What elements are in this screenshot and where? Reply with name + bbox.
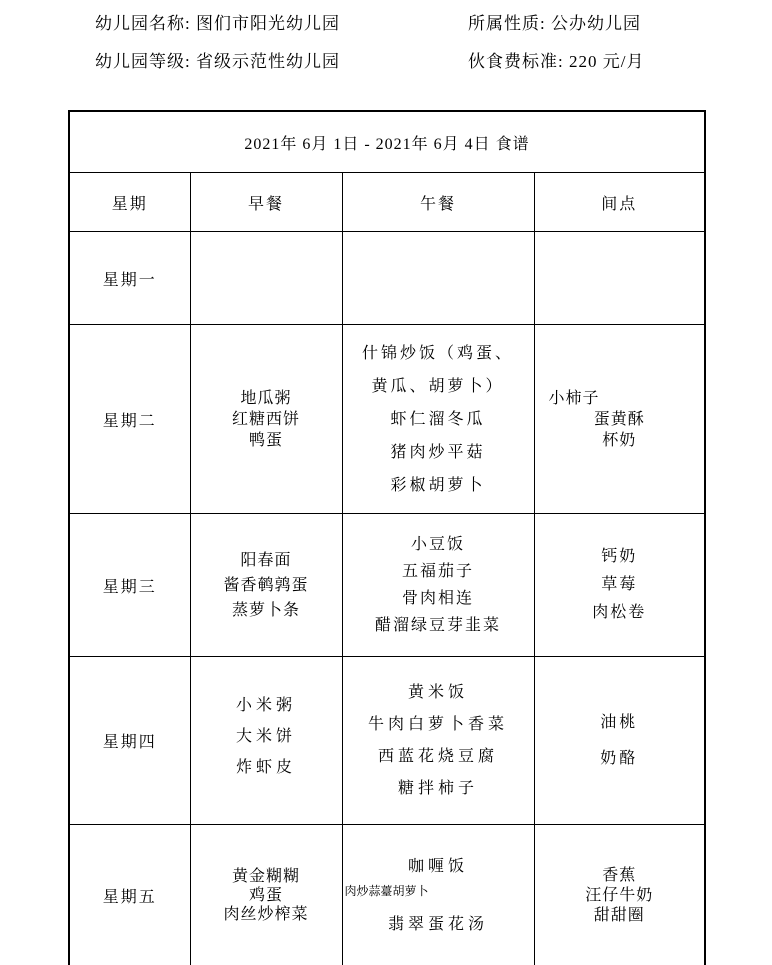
dish-item: 草莓	[535, 571, 705, 599]
dish-item: 彩椒胡萝卜	[343, 469, 534, 502]
col-header-lunch: 午餐	[342, 173, 534, 232]
dish-item: 小柿子	[535, 388, 705, 409]
day-label-thursday: 星期四	[69, 657, 190, 825]
dish-item: 阳春面	[191, 548, 342, 573]
dish-item: 炸虾皮	[191, 752, 342, 783]
dish-item: 蒸萝卜条	[191, 598, 342, 623]
tuesday-lunch-cell: 什锦炒饭（鸡蛋、 黄瓜、胡萝卜） 虾仁溜冬瓜 猪肉炒平菇 彩椒胡萝卜	[342, 325, 534, 514]
dish-item: 骨肉相连	[343, 585, 534, 612]
col-header-breakfast: 早餐	[190, 173, 342, 232]
wednesday-snack-cell: 钙奶 草莓 肉松卷	[534, 514, 705, 657]
dish-item: 鸭蛋	[191, 430, 342, 451]
friday-snack-cell: 香蕉 汪仔牛奶 甜甜圈	[534, 825, 705, 965]
title-row: 2021年 6月 1日 - 2021年 6月 4日 食谱	[69, 111, 705, 173]
day-label-friday: 星期五	[69, 825, 190, 965]
row-wednesday: 星期三 阳春面 酱香鹌鹑蛋 蒸萝卜条 小豆饭 五福茄子 骨肉相连 醋溜绿豆芽韭菜…	[69, 514, 705, 657]
dish-item: 小米粥	[191, 690, 342, 721]
monday-snack-cell	[534, 232, 705, 325]
meal-fee-standard: 伙食费标准: 220 元/月	[468, 47, 644, 72]
dish-item: 黄瓜、胡萝卜）	[343, 370, 534, 403]
dish-item: 甜甜圈	[535, 906, 705, 926]
friday-breakfast-cell: 黄金糊糊 鸡蛋 肉丝炒榨菜	[190, 825, 342, 965]
wednesday-breakfast-cell: 阳春面 酱香鹌鹑蛋 蒸萝卜条	[190, 514, 342, 657]
dish-item: 地瓜粥	[191, 388, 342, 409]
dish-item: 肉松卷	[535, 599, 705, 627]
dish-item: 红糖西饼	[191, 409, 342, 430]
dish-item: 大米饼	[191, 721, 342, 752]
document-page: 幼儿园名称: 图们市阳光幼儿园 所属性质: 公办幼儿园 幼儿园等级: 省级示范性…	[0, 0, 772, 965]
dish-item: 肉丝炒榨菜	[191, 905, 342, 924]
dish-item: 鸡蛋	[191, 886, 342, 905]
wednesday-lunch-cell: 小豆饭 五福茄子 骨肉相连 醋溜绿豆芽韭菜	[342, 514, 534, 657]
col-header-snack: 间点	[534, 173, 705, 232]
dish-item: 翡翠蛋花汤	[343, 911, 534, 939]
row-monday: 星期一	[69, 232, 705, 325]
monday-breakfast-cell	[190, 232, 342, 325]
tuesday-snack-cell: 小柿子 蛋黄酥 杯奶	[534, 325, 705, 514]
thursday-snack-cell: 油桃 奶酪	[534, 657, 705, 825]
dish-item: 什锦炒饭（鸡蛋、	[343, 337, 534, 370]
dish-item: 牛肉白萝卜香菜	[343, 709, 534, 741]
row-friday: 星期五 黄金糊糊 鸡蛋 肉丝炒榨菜 咖喱饭 肉炒蒜薹胡萝卜 翡翠蛋花汤 香蕉 汪…	[69, 825, 705, 965]
dish-item: 汪仔牛奶	[535, 886, 705, 906]
day-label-wednesday: 星期三	[69, 514, 190, 657]
kindergarten-name: 幼儿园名称: 图们市阳光幼儿园	[95, 9, 340, 34]
col-header-week: 星期	[69, 173, 190, 232]
day-label-tuesday: 星期二	[69, 325, 190, 514]
dish-item: 酱香鹌鹑蛋	[191, 573, 342, 598]
dish-item: 黄金糊糊	[191, 867, 342, 886]
dish-item: 虾仁溜冬瓜	[343, 403, 534, 436]
dish-item: 香蕉	[535, 866, 705, 886]
dish-item: 猪肉炒平菇	[343, 436, 534, 469]
column-header-row: 星期 早餐 午餐 间点	[69, 173, 705, 232]
row-thursday: 星期四 小米粥 大米饼 炸虾皮 黄米饭 牛肉白萝卜香菜 西蓝花烧豆腐 糖拌柿子 …	[69, 657, 705, 825]
monday-lunch-cell	[342, 232, 534, 325]
dish-item: 肉炒蒜薹胡萝卜	[343, 881, 534, 901]
dish-item: 油桃	[535, 705, 705, 741]
kindergarten-grade: 幼儿园等级: 省级示范性幼儿园	[95, 47, 340, 72]
row-tuesday: 星期二 地瓜粥 红糖西饼 鸭蛋 什锦炒饭（鸡蛋、 黄瓜、胡萝卜） 虾仁溜冬瓜 猪…	[69, 325, 705, 514]
dish-item: 蛋黄酥	[535, 409, 705, 430]
dish-item: 西蓝花烧豆腐	[343, 741, 534, 773]
tuesday-breakfast-cell: 地瓜粥 红糖西饼 鸭蛋	[190, 325, 342, 514]
dish-item: 咖喱饭	[343, 853, 534, 881]
thursday-lunch-cell: 黄米饭 牛肉白萝卜香菜 西蓝花烧豆腐 糖拌柿子	[342, 657, 534, 825]
table-title: 2021年 6月 1日 - 2021年 6月 4日 食谱	[69, 111, 705, 173]
dish-item: 五福茄子	[343, 558, 534, 585]
dish-item: 醋溜绿豆芽韭菜	[343, 612, 534, 639]
dish-item: 杯奶	[535, 430, 705, 451]
thursday-breakfast-cell: 小米粥 大米饼 炸虾皮	[190, 657, 342, 825]
day-label-monday: 星期一	[69, 232, 190, 325]
menu-table: 2021年 6月 1日 - 2021年 6月 4日 食谱 星期 早餐 午餐 间点…	[68, 110, 706, 965]
dish-item: 奶酪	[535, 741, 705, 777]
ownership-type: 所属性质: 公办幼儿园	[468, 9, 641, 34]
dish-item: 小豆饭	[343, 531, 534, 558]
friday-lunch-cell: 咖喱饭 肉炒蒜薹胡萝卜 翡翠蛋花汤	[342, 825, 534, 965]
dish-item: 黄米饭	[343, 677, 534, 709]
dish-item: 糖拌柿子	[343, 773, 534, 805]
dish-item: 钙奶	[535, 543, 705, 571]
